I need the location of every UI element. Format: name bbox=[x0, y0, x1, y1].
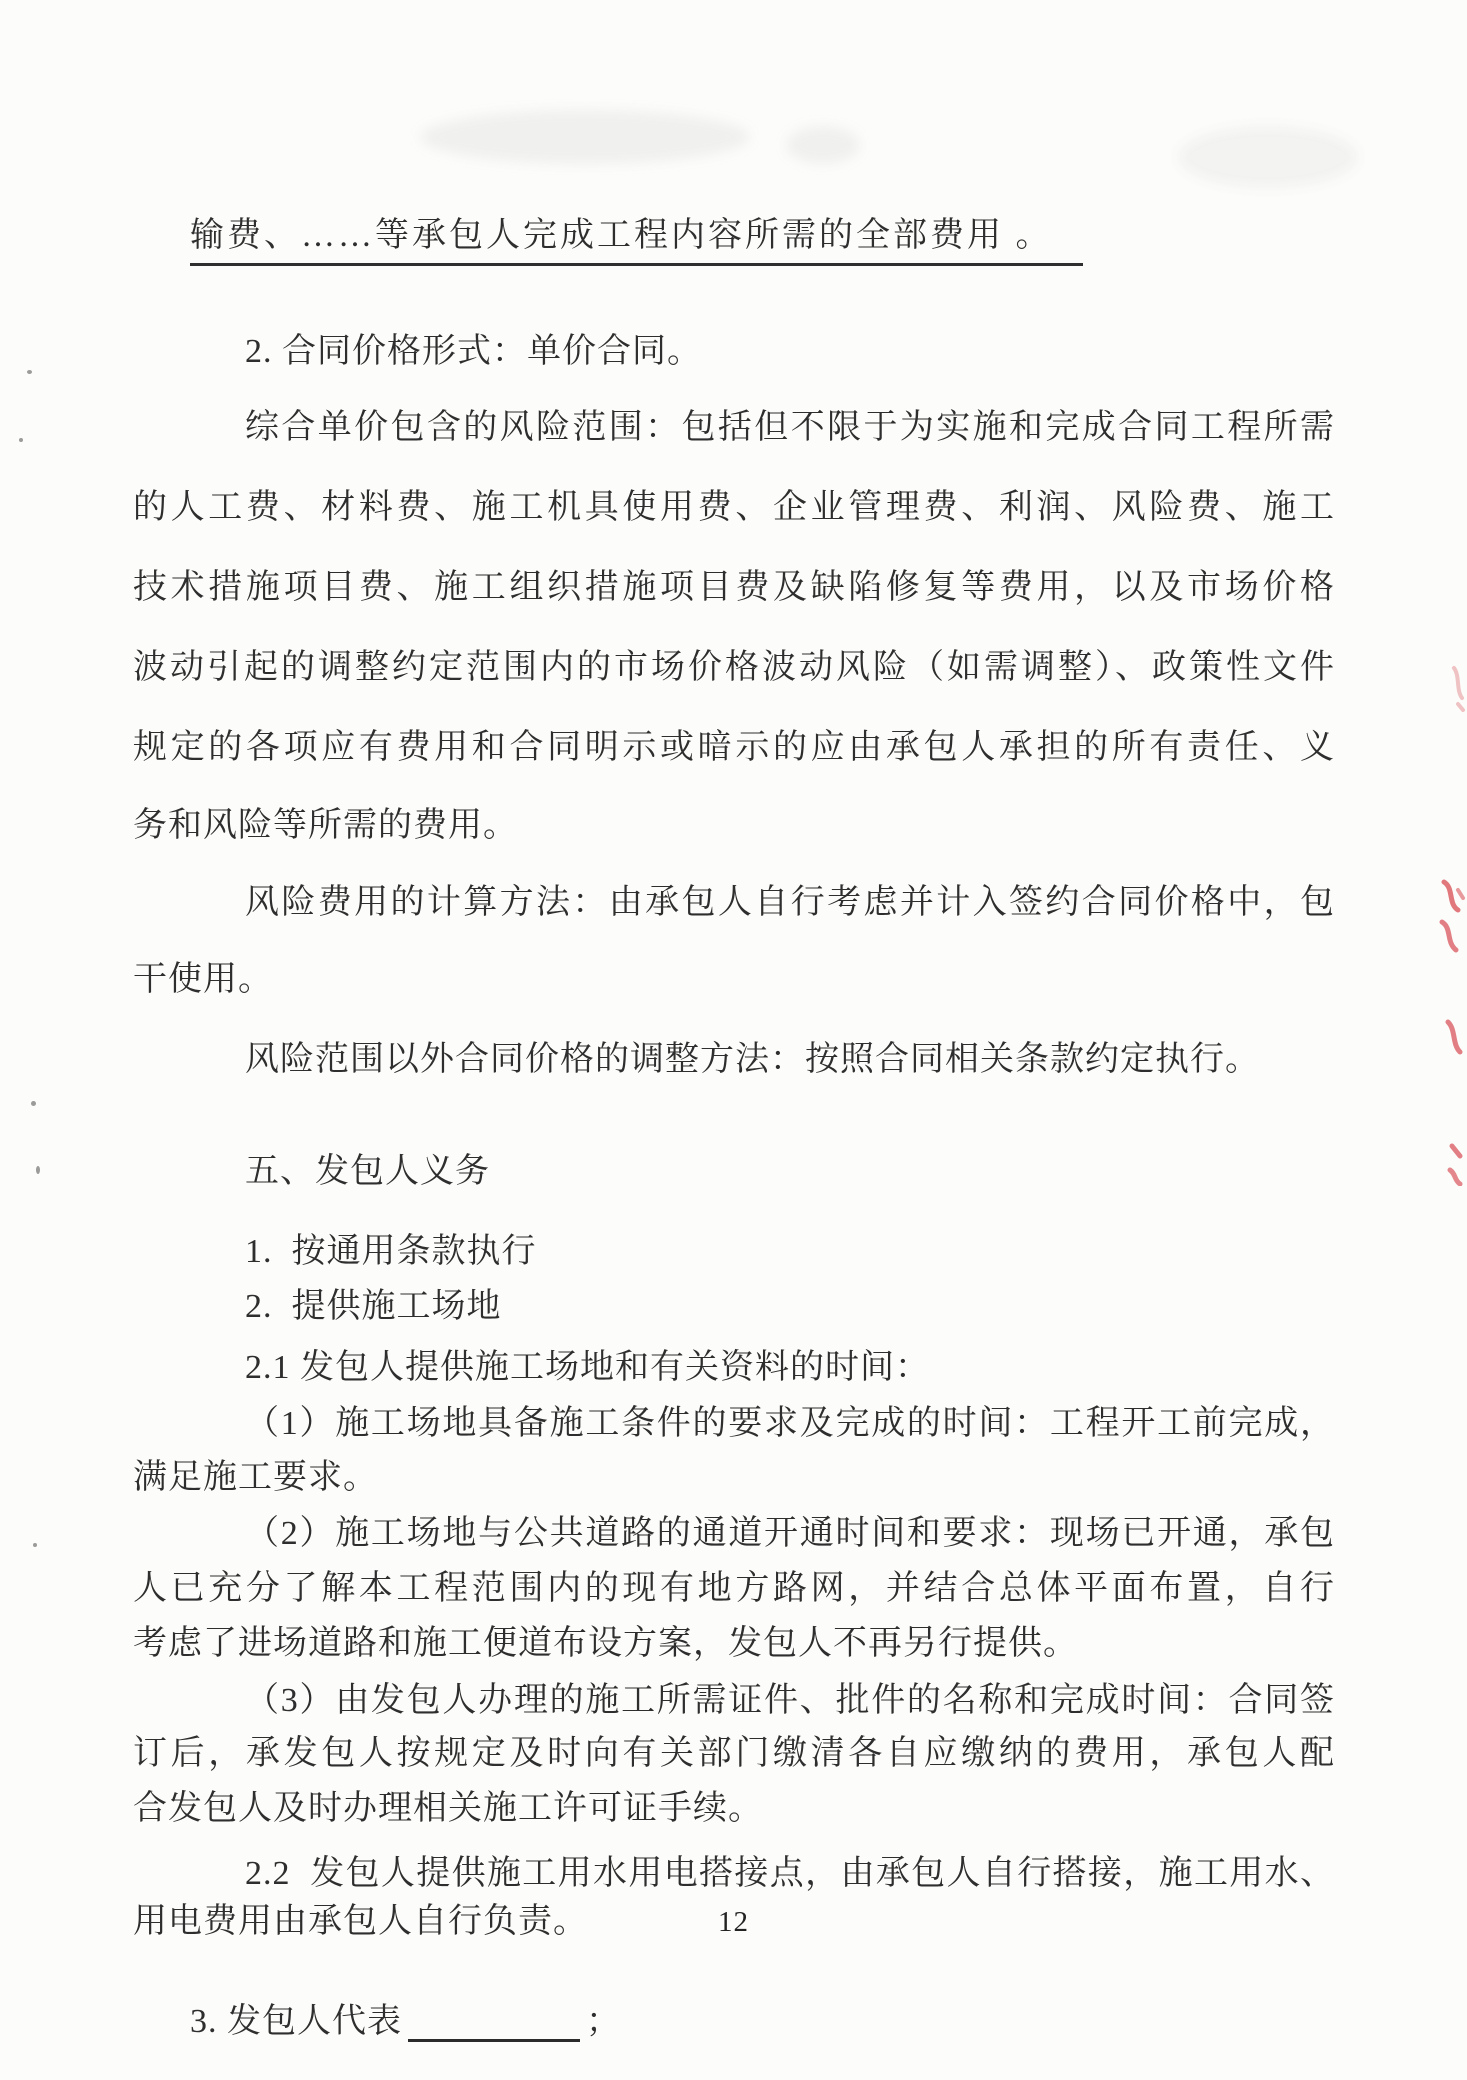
seal-mark-fragment bbox=[1436, 878, 1466, 956]
ink-speck bbox=[33, 1543, 37, 1547]
document-line: 干使用。 bbox=[133, 960, 1335, 1000]
fill-in-blank bbox=[408, 2005, 580, 2042]
document-line: 合发包人及时办理相关施工许可证手续。 bbox=[133, 1789, 1335, 1829]
document-line: 务和风险等所需的费用。 bbox=[133, 806, 1335, 846]
document-line: 的人工费、材料费、施工机具使用费、企业管理费、利润、风险费、施工 bbox=[133, 488, 1335, 528]
document-line: （3）由发包人办理的施工所需证件、批件的名称和完成时间：合同签 bbox=[133, 1681, 1335, 1721]
document-line: 风险范围以外合同价格的调整方法：按照合同相关条款约定执行。 bbox=[133, 1040, 1335, 1080]
page-number: 12 bbox=[0, 1906, 1467, 1939]
document-line: 2.2 发包人提供施工用水用电搭接点，由承包人自行搭接，施工用水、 bbox=[133, 1854, 1335, 1894]
scan-smudge bbox=[420, 110, 750, 164]
document-line: 综合单价包含的风险范围：包括但不限于为实施和完成合同工程所需 bbox=[133, 408, 1335, 448]
seal-mark-fragment bbox=[1444, 1142, 1466, 1186]
document-line: 波动引起的调整约定范围内的市场价格波动风险（如需调整）、政策性文件 bbox=[133, 648, 1335, 688]
scanned-contract-page: 输费、……等承包人完成工程内容所需的全部费用 。 2. 合同价格形式：单价合同。… bbox=[0, 0, 1467, 2080]
section-heading: 五、发包人义务 bbox=[133, 1152, 1335, 1192]
document-line: 2. 提供施工场地 bbox=[133, 1287, 1335, 1327]
document-line: 规定的各项应有费用和合同明示或暗示的应由承包人承担的所有责任、义 bbox=[133, 728, 1335, 768]
seal-mark-fragment bbox=[1442, 1018, 1466, 1056]
document-line: （1）施工场地具备施工条件的要求及完成的时间：工程开工前完成， bbox=[133, 1404, 1335, 1444]
underlined-clause: 输费、……等承包人完成工程内容所需的全部费用 。 bbox=[190, 216, 1083, 266]
scan-smudge bbox=[786, 126, 860, 164]
document-line: 2. 合同价格形式：单价合同。 bbox=[133, 332, 1335, 372]
ink-speck bbox=[27, 370, 32, 374]
ink-speck bbox=[31, 1101, 36, 1106]
document-line: 1. 按通用条款执行 bbox=[133, 1232, 1335, 1272]
blank-field-line: 3. 发包人代表； bbox=[133, 1962, 1335, 2080]
document-line: 满足施工要求。 bbox=[133, 1458, 1335, 1498]
blank-field-suffix: ； bbox=[586, 2003, 621, 2040]
underlined-clause-line: 输费、……等承包人完成工程内容所需的全部费用 。 bbox=[133, 176, 1335, 306]
document-line: （2）施工场地与公共道路的通道开通时间和要求：现场已开通，承包 bbox=[133, 1514, 1335, 1554]
document-content: 输费、……等承包人完成工程内容所需的全部费用 。 2. 合同价格形式：单价合同。… bbox=[133, 176, 1335, 2080]
document-line: 技术措施项目费、施工组织措施项目费及缺陷修复等费用，以及市场价格 bbox=[133, 568, 1335, 608]
document-line: 考虑了进场道路和施工便道布设方案，发包人不再另行提供。 bbox=[133, 1624, 1335, 1664]
blank-field-label: 3. 发包人代表 bbox=[190, 2003, 402, 2040]
document-line: 人已充分了解本工程范围内的现有地方路网，并结合总体平面布置，自行 bbox=[133, 1569, 1335, 1609]
seal-mark-fragment bbox=[1448, 664, 1466, 712]
ink-speck bbox=[19, 438, 23, 442]
document-line: 订后，承发包人按规定及时向有关部门缴清各自应缴纳的费用，承包人配 bbox=[133, 1734, 1335, 1774]
document-line: 2.1 发包人提供施工场地和有关资料的时间： bbox=[133, 1348, 1335, 1388]
document-line: 风险费用的计算方法：由承包人自行考虑并计入签约合同价格中，包 bbox=[133, 883, 1335, 923]
ink-speck bbox=[36, 1166, 40, 1174]
